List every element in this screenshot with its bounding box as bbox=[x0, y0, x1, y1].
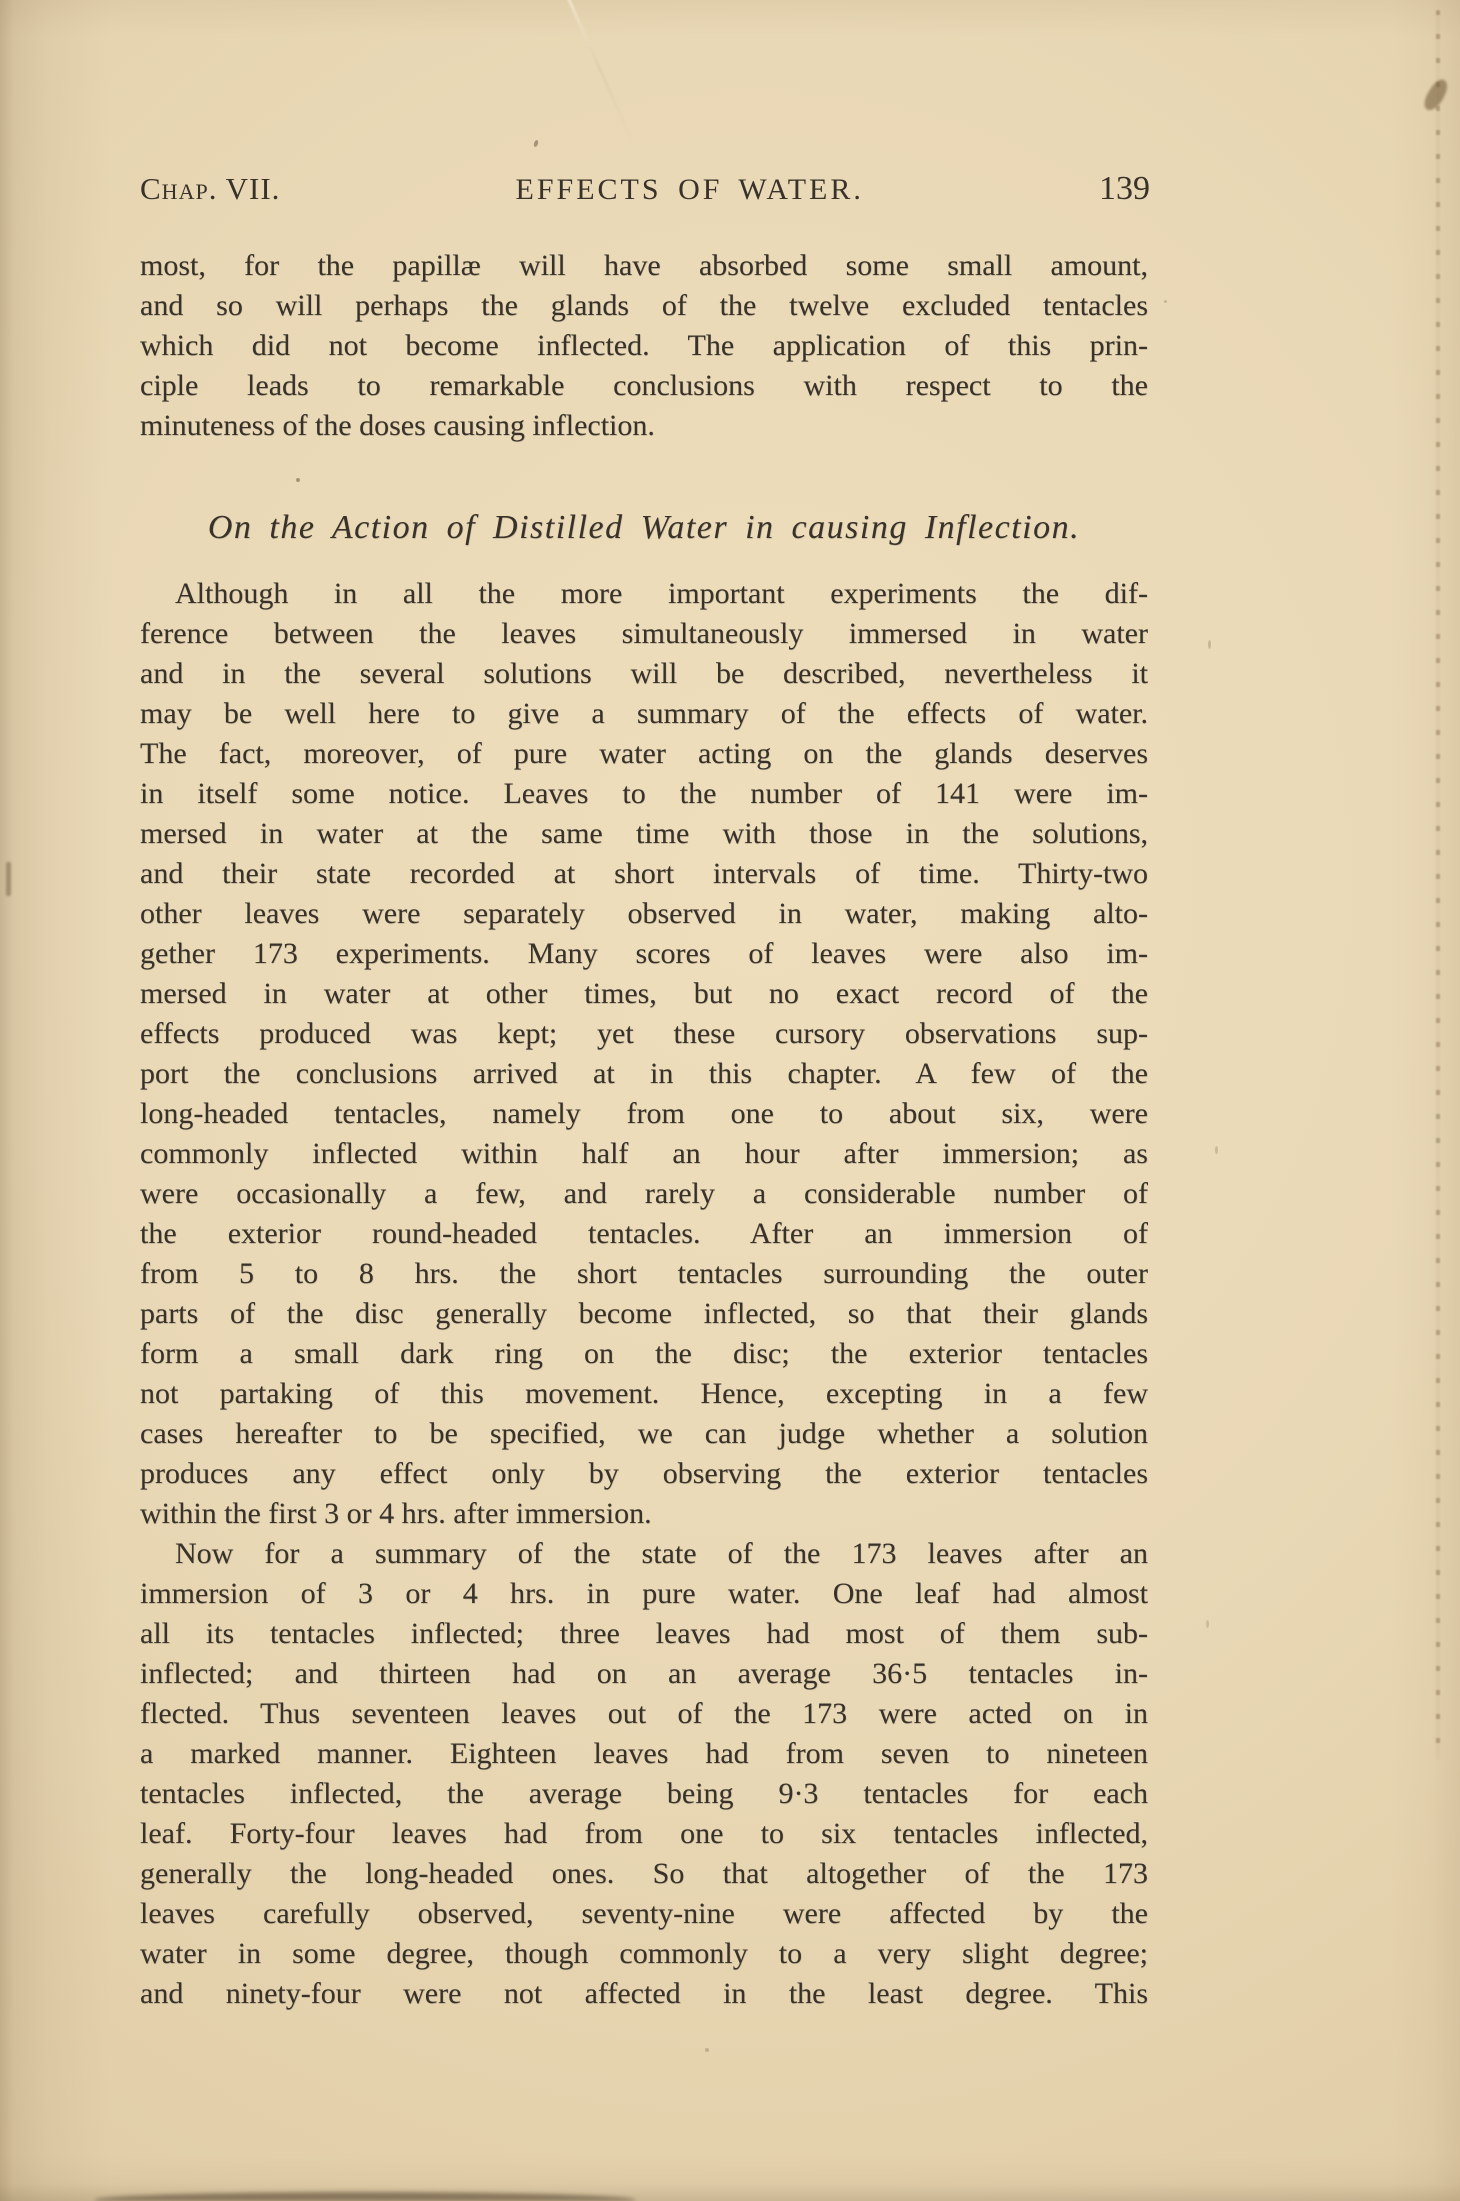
text-line: ciple leads to remarkable conclusions wi… bbox=[140, 366, 1148, 406]
text-line: cases hereafter to be specified, we can … bbox=[140, 1414, 1148, 1454]
paragraph: Now for a summary of the state of the 17… bbox=[140, 1534, 1148, 2014]
text-line: leaf. Forty-four leaves had from one to … bbox=[140, 1814, 1148, 1854]
text-line: port the conclusions arrived at in this … bbox=[140, 1054, 1148, 1094]
text-line: Although in all the more important exper… bbox=[140, 574, 1148, 614]
text-block: most, for the papillæ will have absorbed… bbox=[140, 246, 1148, 2014]
text-line: flected. Thus seventeen leaves out of th… bbox=[140, 1694, 1148, 1734]
paper-speck bbox=[705, 2048, 709, 2052]
paragraph: most, for the papillæ will have absorbed… bbox=[140, 246, 1148, 446]
text-line: the exterior round-headed tentacles. Aft… bbox=[140, 1214, 1148, 1254]
text-line: not partaking of this movement. Hence, e… bbox=[140, 1374, 1148, 1414]
text-line: were occasionally a few, and rarely a co… bbox=[140, 1174, 1148, 1214]
text-line: produces any effect only by observing th… bbox=[140, 1454, 1148, 1494]
text-line: form a small dark ring on the disc; the … bbox=[140, 1334, 1148, 1374]
text-line: and ninety-four were not affected in the… bbox=[140, 1974, 1148, 2014]
text-line: ference between the leaves simultaneousl… bbox=[140, 614, 1148, 654]
text-line: tentacles inflected, the average being 9… bbox=[140, 1774, 1148, 1814]
section-heading: On the Action of Distilled Water in caus… bbox=[140, 506, 1148, 550]
paper-speck bbox=[1206, 1620, 1209, 1628]
text-line: long-headed tentacles, namely from one t… bbox=[140, 1094, 1148, 1134]
chapter-label: Chap. VII. bbox=[140, 171, 280, 207]
paper-speck bbox=[1208, 640, 1211, 649]
text-line: commonly inflected within half an hour a… bbox=[140, 1134, 1148, 1174]
text-line: inflected; and thirteen had on an averag… bbox=[140, 1654, 1148, 1694]
paper-speck bbox=[533, 140, 539, 148]
text-line: parts of the disc generally become infle… bbox=[140, 1294, 1148, 1334]
page-header: Chap. VII. EFFECTS OF WATER. 139 bbox=[140, 170, 1150, 208]
text-line: and their state recorded at short interv… bbox=[140, 854, 1148, 894]
text-line: a marked manner. Eighteen leaves had fro… bbox=[140, 1734, 1148, 1774]
text-line: which did not become inflected. The appl… bbox=[140, 326, 1148, 366]
running-title: EFFECTS OF WATER. bbox=[516, 173, 864, 207]
page-edge-crease bbox=[1436, 10, 1440, 1760]
text-line: Now for a summary of the state of the 17… bbox=[140, 1534, 1148, 1574]
page-number: 139 bbox=[1099, 170, 1150, 208]
paper-speck bbox=[296, 478, 300, 482]
text-line: generally the long-headed ones. So that … bbox=[140, 1854, 1148, 1894]
paper-speck bbox=[1164, 300, 1167, 303]
text-line: all its tentacles inflected; three leave… bbox=[140, 1614, 1148, 1654]
text-line: may be well here to give a summary of th… bbox=[140, 694, 1148, 734]
text-line: minuteness of the doses causing inflecti… bbox=[140, 406, 1148, 446]
paper-smudge bbox=[95, 2192, 635, 2201]
paragraph: Although in all the more important exper… bbox=[140, 574, 1148, 1534]
paper-crease bbox=[564, 0, 635, 145]
text-line: in itself some notice. Leaves to the num… bbox=[140, 774, 1148, 814]
text-line: mersed in water at the same time with th… bbox=[140, 814, 1148, 854]
paper-speck bbox=[1215, 1146, 1218, 1154]
text-line: other leaves were separately observed in… bbox=[140, 894, 1148, 934]
text-line: within the first 3 or 4 hrs. after immer… bbox=[140, 1494, 1148, 1534]
text-line: most, for the papillæ will have absorbed… bbox=[140, 246, 1148, 286]
text-line: water in some degree, though commonly to… bbox=[140, 1934, 1148, 1974]
text-line: mersed in water at other times, but no e… bbox=[140, 974, 1148, 1014]
paper-mark bbox=[6, 862, 11, 896]
text-line: and so will perhaps the glands of the tw… bbox=[140, 286, 1148, 326]
book-page: Chap. VII. EFFECTS OF WATER. 139 most, f… bbox=[0, 0, 1460, 2201]
text-line: from 5 to 8 hrs. the short tentacles sur… bbox=[140, 1254, 1148, 1294]
text-line: leaves carefully observed, seventy-nine … bbox=[140, 1894, 1148, 1934]
text-line: effects produced was kept; yet these cur… bbox=[140, 1014, 1148, 1054]
text-line: The fact, moreover, of pure water acting… bbox=[140, 734, 1148, 774]
text-line: and in the several solutions will be des… bbox=[140, 654, 1148, 694]
text-line: gether 173 experiments. Many scores of l… bbox=[140, 934, 1148, 974]
text-line: immersion of 3 or 4 hrs. in pure water. … bbox=[140, 1574, 1148, 1614]
